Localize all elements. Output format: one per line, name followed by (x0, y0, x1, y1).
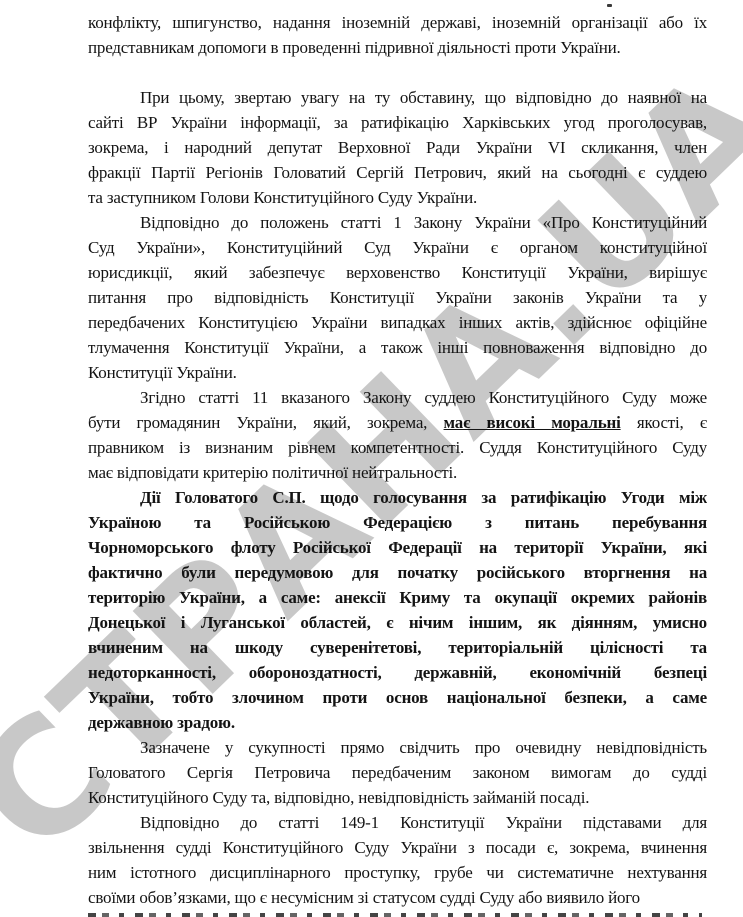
paragraph: Відповідно до статті 149-1 Конституції У… (88, 810, 707, 910)
text-run: бути громадянин України, який, зокрема, (88, 413, 444, 432)
document-body: конфлікту, шпигунство, надання іноземній… (88, 10, 707, 910)
text-run: передбачених Конституцією України випадк… (88, 313, 707, 332)
text-run: територію України, а саме: анексії Криму… (88, 588, 707, 607)
scanned-document-page: СТРАНА.UA конфлікту, шпигунство, надання… (0, 0, 743, 917)
text-line: фракції Партії Регіонів Головатий Сергій… (88, 160, 707, 185)
text-line: Суд України», Конституційний Суд України… (88, 235, 707, 260)
text-line: юрисдикції, який забезпечує верховенство… (88, 260, 707, 285)
text-run: України, тобто злочином проти основ наці… (88, 688, 707, 707)
text-line: представникам допомоги в проведенні підр… (88, 35, 707, 60)
text-run: Конституційного Суду та, відповідно, нев… (88, 788, 589, 807)
emphasized-phrase: має високі моральні (444, 413, 621, 432)
text-run: Зазначене у сукупності прямо свідчить пр… (140, 738, 707, 757)
text-line: Конституційного Суду та, відповідно, нев… (88, 785, 707, 810)
text-run: тлумачення Конституції України, а також … (88, 338, 707, 357)
text-line: Україною та Російською Федерацією з пита… (88, 510, 707, 535)
text-line: державною зрадою. (88, 710, 707, 735)
text-run: та заступником Голови Конституційного Су… (88, 188, 477, 207)
scan-artifact-speck (607, 4, 612, 7)
text-run: Згідно статті 11 вказаного Закону суддею… (140, 388, 707, 407)
text-line: ним істотного дисциплінарного проступку,… (88, 860, 707, 885)
text-line: Згідно статті 11 вказаного Закону суддею… (88, 385, 707, 410)
text-run: якості, є (621, 413, 707, 432)
text-run: правником із визнаним рівнем компетентно… (88, 438, 707, 457)
text-run: ним істотного дисциплінарного проступку,… (88, 863, 707, 882)
text-line: передбачених Конституцією України випадк… (88, 310, 707, 335)
text-run: Чорноморського флоту Російської Федераці… (88, 538, 707, 557)
text-run: недоторканності, обороноздатності, держа… (88, 663, 707, 682)
text-run: має відповідати критерію політичної нейт… (88, 463, 457, 482)
text-run: питання про відповідність Конституції Ук… (88, 288, 707, 307)
text-run: конфлікту, шпигунство, надання іноземній… (88, 13, 707, 32)
text-line: конфлікту, шпигунство, надання іноземній… (88, 10, 707, 35)
text-run: вчиненим на шкоду суверенітетові, терито… (88, 638, 707, 657)
paragraph: конфлікту, шпигунство, надання іноземній… (88, 10, 707, 60)
cutoff-next-line-artifact (88, 913, 702, 917)
text-run: Відповідно до положень статті 1 Закону У… (140, 213, 707, 232)
text-run: Суд України», Конституційний Суд України… (88, 238, 707, 257)
text-run: звільнення судді Конституційного Суду Ук… (88, 838, 707, 857)
text-run: Дії Головатого С.П. щодо голосування за … (140, 488, 707, 507)
text-line: Головатого Сергія Петровича передбаченим… (88, 760, 707, 785)
text-line: сайті ВР України інформації, за ратифіка… (88, 110, 707, 135)
paragraph: Згідно статті 11 вказаного Закону суддею… (88, 385, 707, 485)
text-run: Конституції України. (88, 363, 237, 382)
text-line: України, тобто злочином проти основ наці… (88, 685, 707, 710)
text-line: фактично були передумовою для початку ро… (88, 560, 707, 585)
text-line: Донецької і Луганської областей, є нічим… (88, 610, 707, 635)
paragraph: Відповідно до положень статті 1 Закону У… (88, 210, 707, 385)
text-run: Україною та Російською Федерацією з пита… (88, 513, 707, 532)
paragraph: Зазначене у сукупності прямо свідчить пр… (88, 735, 707, 810)
text-line: Відповідно до положень статті 1 Закону У… (88, 210, 707, 235)
text-run: юрисдикції, який забезпечує верховенство… (88, 263, 707, 282)
text-run: державною зрадою. (88, 713, 235, 732)
text-line: Чорноморського флоту Російської Федераці… (88, 535, 707, 560)
text-line: вчиненим на шкоду суверенітетові, терито… (88, 635, 707, 660)
text-run: представникам допомоги в проведенні підр… (88, 38, 621, 57)
text-run: своїми обов’язками, що є несумісним зі с… (88, 888, 640, 907)
text-line: тлумачення Конституції України, а також … (88, 335, 707, 360)
text-line: своїми обов’язками, що є несумісним зі с… (88, 885, 707, 910)
text-line: недоторканності, обороноздатності, держа… (88, 660, 707, 685)
text-line: територію України, а саме: анексії Криму… (88, 585, 707, 610)
text-line: має відповідати критерію політичної нейт… (88, 460, 707, 485)
text-line: зокрема, і народний депутат Верховної Ра… (88, 135, 707, 160)
text-run: зокрема, і народний депутат Верховної Ра… (88, 138, 707, 157)
text-run: Відповідно до статті 149-1 Конституції У… (140, 813, 707, 832)
text-line: Дії Головатого С.П. щодо голосування за … (88, 485, 707, 510)
text-run: фракції Партії Регіонів Головатий Сергій… (88, 163, 707, 182)
text-line: правником із визнаним рівнем компетентно… (88, 435, 707, 460)
text-run: Головатого Сергія Петровича передбаченим… (88, 763, 707, 782)
text-line: звільнення судді Конституційного Суду Ук… (88, 835, 707, 860)
text-run: сайті ВР України інформації, за ратифіка… (88, 113, 707, 132)
paragraph: Дії Головатого С.П. щодо голосування за … (88, 485, 707, 735)
text-line: питання про відповідність Конституції Ук… (88, 285, 707, 310)
text-line: Конституції України. (88, 360, 707, 385)
text-run: Донецької і Луганської областей, є нічим… (88, 613, 707, 632)
text-line: При цьому, звертаю увагу на ту обставину… (88, 85, 707, 110)
text-line: бути громадянин України, який, зокрема, … (88, 410, 707, 435)
text-line: Зазначене у сукупності прямо свідчить пр… (88, 735, 707, 760)
text-line: та заступником Голови Конституційного Су… (88, 185, 707, 210)
paragraph: При цьому, звертаю увагу на ту обставину… (88, 85, 707, 210)
text-line: Відповідно до статті 149-1 Конституції У… (88, 810, 707, 835)
text-run: При цьому, звертаю увагу на ту обставину… (140, 88, 707, 107)
text-run: фактично були передумовою для початку ро… (88, 563, 707, 582)
